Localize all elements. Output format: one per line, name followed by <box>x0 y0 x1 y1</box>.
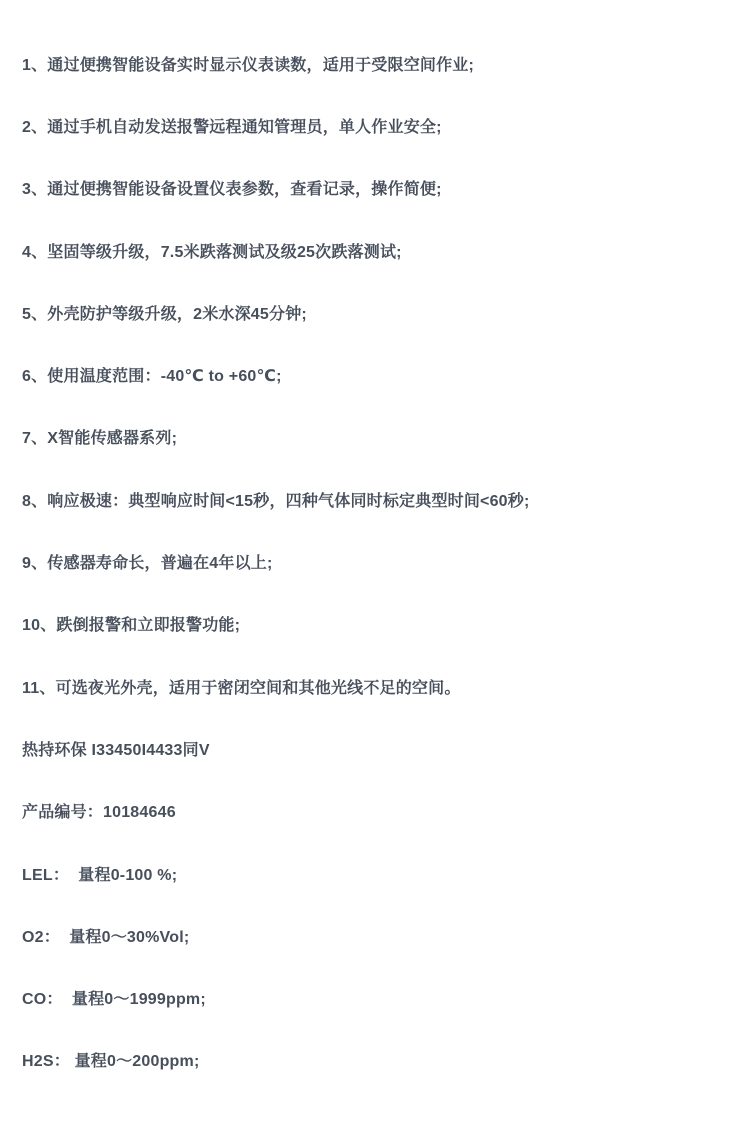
feature-item-7: 7、X智能传感器系列; <box>22 414 730 460</box>
feature-item-1: 1、通过便携智能设备实时显示仪表读数，适用于受限空间作业; <box>22 40 730 86</box>
spec-co: CO： 量程0～1999ppm; <box>22 974 730 1020</box>
spec-h2s: H2S： 量程0～200ppm; <box>22 1037 730 1083</box>
spec-o2: O2： 量程0～30%Vol; <box>22 912 730 958</box>
feature-item-10: 10、跌倒报警和立即报警功能; <box>22 601 730 647</box>
brand-line: 热持环保 I33450I4433同V <box>22 725 730 771</box>
feature-item-8: 8、响应极速：典型响应时间<15秒，四种气体同时标定典型时间<60秒; <box>22 476 730 522</box>
product-number: 产品编号：10184646 <box>22 788 730 834</box>
feature-item-6: 6、使用温度范围：-40℃ to +60℃; <box>22 351 730 397</box>
product-description-page: 1、通过便携智能设备实时显示仪表读数，适用于受限空间作业; 2、通过手机自动发送… <box>0 0 750 1128</box>
feature-item-4: 4、坚固等级升级，7.5米跌落测试及级25次跌落测试; <box>22 227 730 273</box>
feature-item-2: 2、通过手机自动发送报警远程通知管理员，单人作业安全; <box>22 102 730 148</box>
feature-item-5: 5、外壳防护等级升级，2米水深45分钟; <box>22 289 730 335</box>
feature-item-11: 11、可选夜光外壳，适用于密闭空间和其他光线不足的空间。 <box>22 663 730 709</box>
spec-lel: LEL： 量程0-100 %; <box>22 850 730 896</box>
feature-item-9: 9、传感器寿命长，普遍在4年以上; <box>22 538 730 584</box>
feature-item-3: 3、通过便携智能设备设置仪表参数，查看记录，操作简便; <box>22 165 730 211</box>
